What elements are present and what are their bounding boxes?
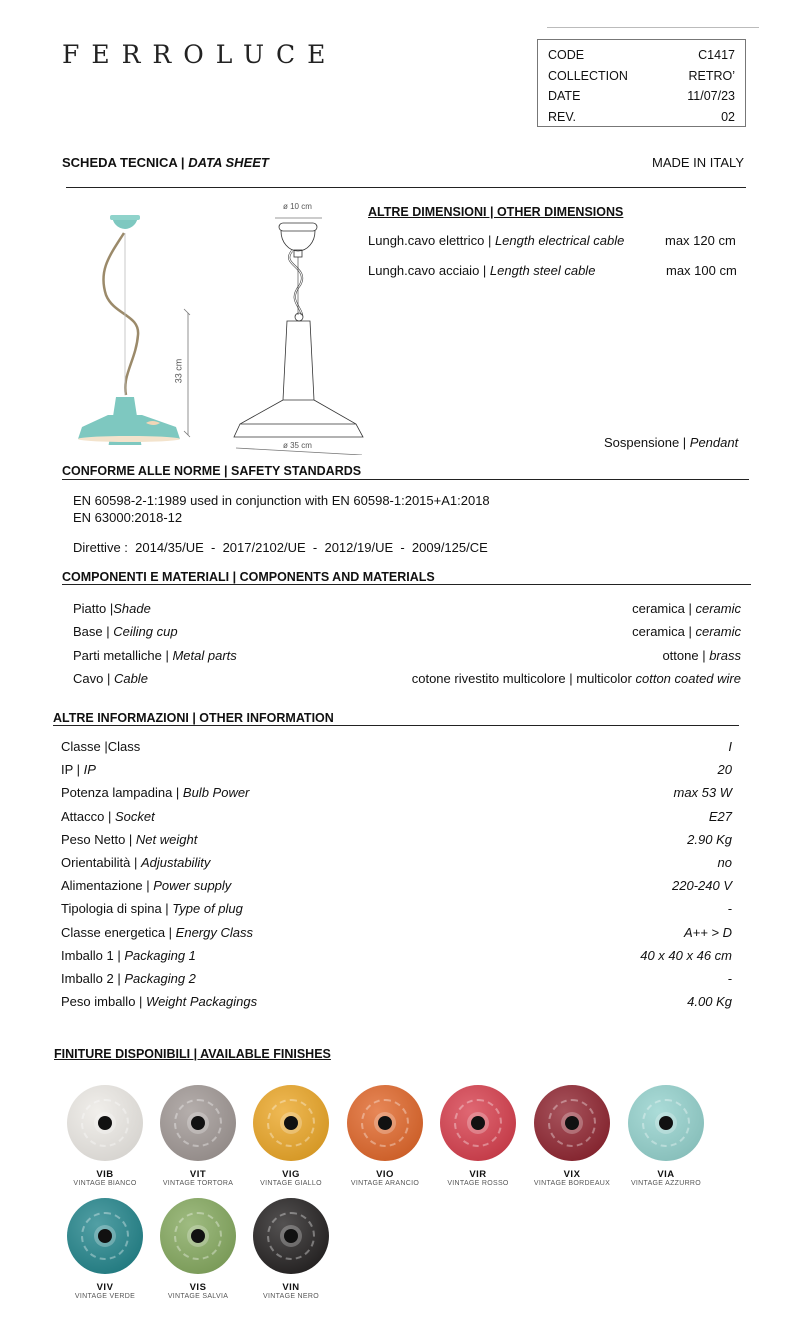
info-row: Peso Netto | Net weight2.90 Kg [61,832,732,855]
sheet-title: SCHEDA TECNICA | DATA SHEET [62,155,269,170]
info-value: - [728,971,732,994]
info-row: Imballo 2 | Packaging 2- [61,971,732,994]
info-value: 2.90 Kg [687,832,732,855]
top-rule [547,27,759,28]
made-in-italy: MADE IN ITALY [600,155,744,170]
component-row: Parti metalliche | Metal partsottone | b… [73,648,741,671]
components-heading: COMPONENTI E MATERIALI | COMPONENTS AND … [62,570,435,584]
finish-name: VINTAGE TORTORA [153,1180,243,1187]
directives: Direttive : 2014/35/UE - 2017/2102/UE - … [73,540,488,555]
info-label: Orientabilità | Adjustability [61,855,210,878]
finish-disc [160,1198,236,1274]
brand-logo: FERROLUCE [62,40,337,69]
finish-swatch-vio: VIO VINTAGE ARANCIO [340,1085,430,1187]
component-row: Cavo | Cablecotone rivestito multicolore… [73,671,741,694]
finish-hole [98,1229,112,1243]
finish-hole [284,1116,298,1130]
finish-name: VINTAGE BORDEAUX [527,1180,617,1187]
finish-hole [565,1116,579,1130]
other-info-divider [53,725,739,726]
finish-name: VINTAGE ARANCIO [340,1180,430,1187]
finish-name: VINTAGE ROSSO [433,1180,523,1187]
finish-swatch-vib: VIB VINTAGE BIANCO [60,1085,150,1187]
info-value: no [718,855,732,878]
top-diameter-label: ø 10 cm [283,202,312,211]
finish-swatch-vis: VIS VINTAGE SALVIA [153,1198,243,1300]
finish-name: VINTAGE VERDE [60,1293,150,1300]
elec-cable-value: max 120 cm [665,233,736,248]
finish-disc [253,1085,329,1161]
info-value: 4.00 Kg [687,994,732,1017]
finish-code: VIR [433,1169,523,1180]
finish-disc [67,1198,143,1274]
info-row-code: CODEC1417 [548,45,735,66]
info-row-date: DATE11/07/23 [548,86,735,107]
finish-hole [471,1116,485,1130]
info-row: Classe energetica | Energy ClassA++ > D [61,925,732,948]
safety-standard-2: EN 63000:2018-12 [73,510,182,525]
finish-code: VIA [621,1169,711,1180]
info-value: E27 [709,809,732,832]
finish-disc [160,1085,236,1161]
finish-code: VIV [60,1282,150,1293]
info-row: Tipologia di spina | Type of plug- [61,901,732,924]
finish-name: VINTAGE SALVIA [153,1293,243,1300]
info-label: IP | IP [61,762,96,785]
info-value: - [728,901,732,924]
info-value: max 53 W [673,785,732,808]
finish-code: VIS [153,1282,243,1293]
safety-divider [62,479,749,480]
info-label: Peso Netto | Net weight [61,832,197,855]
info-value: 220-240 V [672,878,732,901]
finish-swatch-vig: VIG VINTAGE GIALLO [246,1085,336,1187]
product-photo [70,215,180,445]
finish-name: VINTAGE GIALLO [246,1180,336,1187]
finish-swatch-vix: VIX VINTAGE BORDEAUX [527,1085,617,1187]
info-label: Alimentazione | Power supply [61,878,231,901]
safety-standard-1: EN 60598-2-1:1989 used in conjunction wi… [73,493,490,508]
finish-disc [628,1085,704,1161]
info-label: Attacco | Socket [61,809,155,832]
other-info-list: Classe |ClassIIP | IP20Potenza lampadina… [61,739,732,1017]
finish-code: VIG [246,1169,336,1180]
info-row-rev: REV.02 [548,107,735,128]
info-box: CODEC1417 COLLECTIONRETRO’ DATE11/07/23 … [537,39,746,127]
finish-hole [284,1229,298,1243]
info-row: Alimentazione | Power supply220-240 V [61,878,732,901]
info-label: Classe |Class [61,739,140,762]
safety-heading: CONFORME ALLE NORME | SAFETY STANDARDS [62,464,361,478]
info-value: 20 [718,762,732,785]
info-label: Classe energetica | Energy Class [61,925,253,948]
component-row: Piatto |Shadeceramica | ceramic [73,601,741,624]
finish-swatch-vir: VIR VINTAGE ROSSO [433,1085,523,1187]
finish-hole [191,1116,205,1130]
finish-code: VIB [60,1169,150,1180]
info-label: Peso imballo | Weight Packagings [61,994,257,1017]
finish-swatch-vit: VIT VINTAGE TORTORA [153,1085,243,1187]
component-row: Base | Ceiling cupceramica | ceramic [73,624,741,647]
info-value: 40 x 40 x 46 cm [640,948,732,971]
info-value: I [728,739,732,762]
finish-swatch-vin: VIN VINTAGE NERO [246,1198,336,1300]
info-label: Tipologia di spina | Type of plug [61,901,243,924]
finish-disc [253,1198,329,1274]
info-row: Imballo 1 | Packaging 140 x 40 x 46 cm [61,948,732,971]
finish-name: VINTAGE BIANCO [60,1180,150,1187]
finish-disc [440,1085,516,1161]
header-divider [66,187,746,188]
finish-name: VINTAGE NERO [246,1293,336,1300]
finish-code: VIT [153,1169,243,1180]
info-row: Potenza lampadina | Bulb Powermax 53 W [61,785,732,808]
components-list: Piatto |Shadeceramica | ceramic Base | C… [73,601,741,694]
finish-code: VIX [527,1169,617,1180]
info-row: Classe |ClassI [61,739,732,762]
info-row: Peso imballo | Weight Packagings4.00 Kg [61,994,732,1017]
info-label: Potenza lampadina | Bulb Power [61,785,249,808]
finish-disc [347,1085,423,1161]
height-label: 33 cm [173,359,183,384]
finish-hole [659,1116,673,1130]
finish-code: VIN [246,1282,336,1293]
finish-hole [98,1116,112,1130]
info-label: Imballo 2 | Packaging 2 [61,971,196,994]
finish-hole [191,1229,205,1243]
other-dimensions-heading: ALTRE DIMENSIONI | OTHER DIMENSIONS [368,205,623,219]
elec-cable-label: Lungh.cavo elettrico | Length electrical… [368,233,624,248]
bottom-diameter-label: ø 35 cm [283,441,312,450]
finish-disc [534,1085,610,1161]
info-row: Orientabilità | Adjustabilityno [61,855,732,878]
finish-code: VIO [340,1169,430,1180]
finish-name: VINTAGE AZZURRO [621,1180,711,1187]
info-row: Attacco | SocketE27 [61,809,732,832]
finishes-heading: FINITURE DISPONIBILI | AVAILABLE FINISHE… [54,1047,331,1061]
finish-swatch-viv: VIV VINTAGE VERDE [60,1198,150,1300]
lamp-type: Sospensione | Pendant [604,435,738,450]
info-value: A++ > D [684,925,732,948]
steel-cable-value: max 100 cm [666,263,737,278]
technical-drawing [230,205,370,455]
finish-swatch-via: VIA VINTAGE AZZURRO [621,1085,711,1187]
components-divider [62,584,751,585]
info-row: IP | IP20 [61,762,732,785]
other-info-heading: ALTRE INFORMAZIONI | OTHER INFORMATION [53,711,334,725]
finish-disc [67,1085,143,1161]
steel-cable-label: Lungh.cavo acciaio | Length steel cable [368,263,595,278]
info-label: Imballo 1 | Packaging 1 [61,948,196,971]
finish-hole [378,1116,392,1130]
info-row-collection: COLLECTIONRETRO’ [548,66,735,87]
